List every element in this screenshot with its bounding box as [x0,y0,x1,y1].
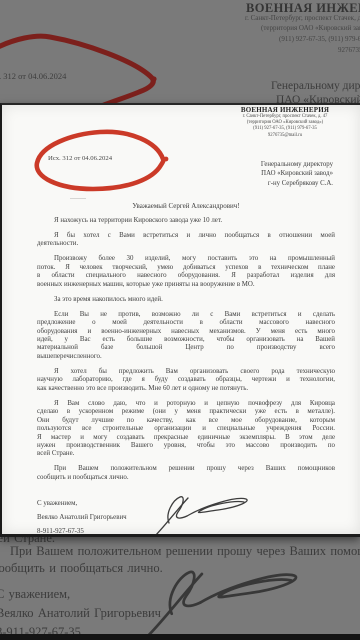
paragraph-line: сообщить и пообщаться лично. [37,474,335,482]
salutation: Уважаемый Сергей Александрович! [37,202,335,210]
paragraph: За это время накопилось много идей. [37,296,335,304]
bg-recipient-line1: Генеральному директору [271,80,360,92]
paragraph-line: вышеперечисленного. [37,353,335,361]
signoff-block: С уважением, Веялко Анатолий Григорьевич… [37,500,127,537]
recipient-line: г-ну Серебрякову С.А. [261,179,333,188]
paragraph-line: материальной базе большой Центр по произ… [37,344,335,352]
org-title: ВОЕННАЯ ИНЖЕНЕРИЯ [210,106,360,114]
bg-signoff: С уважением, [0,587,70,602]
paragraph-line: как качественно это все производить. Мне… [37,385,335,393]
paragraph-line: При Вашем положительном решении прошу че… [37,465,335,473]
paragraph: Я бы хотел с Вами встретиться и лично по… [37,232,335,249]
paragraph-line: Я бы хотел с Вами встретиться и лично по… [37,232,335,240]
bg-address-line2: (территория ОАО «Кировский завод») [261,24,360,32]
bg-phones: (911) 927-67-35, (911) 979-67-35 [279,35,360,43]
paragraph-line: Я хотел бы предложить Вам организовать с… [37,368,335,376]
paragraph-line: Если Вы не против, возможно ли с Вами вс… [37,311,335,319]
paragraph-line: Я мастер и могу создавать прекрасные еди… [37,434,335,442]
scan-smudge [70,198,86,201]
letter-photo-overlay[interactable]: ВОЕННАЯ ИНЖЕНЕРИЯ г. Санкт-Петербург, пр… [0,103,360,537]
photo-edge-strip [0,634,360,640]
paragraph: При Вашем положительном решении прошу че… [37,465,335,482]
paragraph-line: нужен производственник Вашего уровня, чт… [37,442,335,450]
recipient-line: ПАО «Кировский завод» [261,169,333,178]
paragraph-line: Они будут лучшие по качеству, как все мо… [37,417,335,425]
paragraph-line: научную лабораторию, где я буду создават… [37,376,335,384]
red-circle-annotation [34,127,174,197]
letter-body: Я нахожусь на территории Кировского заво… [37,217,335,489]
bg-red-circle-annotation [0,30,170,110]
letterhead: ВОЕННАЯ ИНЖЕНЕРИЯ г. Санкт-Петербург, пр… [210,106,360,139]
recipient-block: Генеральному директоруПАО «Кировский зав… [261,160,333,188]
paragraph: Я Вам слово даю, что и роторную и цепную… [37,400,335,459]
paragraph-line: идей, у Вас есть большие возможности, чт… [37,336,335,344]
paragraph-line: За это время накопилось много идей. [37,296,335,304]
bg-signature [136,566,306,636]
outgoing-ref: Исх. 312 от 04.06.2024 [48,155,112,162]
paragraph: Произвожу более 30 изделий, могу постави… [37,255,335,289]
paragraph: Я хотел бы предложить Вам организовать с… [37,368,335,393]
signoff: С уважением, [37,500,127,508]
paragraph-line: поток. Я человек творческий, умею добива… [37,264,335,272]
paragraph-line: оборудования и военно-инженерных навесны… [37,328,335,336]
paragraph-line: деятельности. [37,240,335,248]
paragraph-line: Произвожу более 30 изделий, могу постави… [37,255,335,263]
email: 9276735@mail.ru [210,133,360,139]
signer-name: Веялко Анатолий Григорьевич [37,514,127,522]
paragraph-line: всей Стране. [37,450,335,458]
paragraph-line: военных инженерных машин, которые уже пр… [37,281,335,289]
signature [148,493,252,537]
paragraph: Я нахожусь на территории Кировского заво… [37,217,335,225]
paragraph-line: Я Вам слово даю, что и роторную и цепную… [37,400,335,408]
bg-email: 9276735@mail.ru [338,46,360,54]
paragraph-line: Я нахожусь на территории Кировского заво… [37,217,335,225]
screenshot-stage: ВОЕННАЯ ИНЖЕНЕРИЯ г. Санкт-Петербург, пр… [0,0,360,640]
paragraph-line: предложение о моей деятельности в област… [37,319,335,327]
paragraph-line: в области специального навесного оборудо… [37,272,335,280]
bg-address-line1: г. Санкт-Петербург, проспект Стачек, д. … [245,14,360,22]
bg-outgoing-ref: Исх. 312 от 04.06.2024 [0,71,66,81]
bg-closing-line1: При Вашем положительном решении прошу че… [10,544,360,559]
paragraph-line: сделаю в ускоренном режиме (они у меня п… [37,408,335,416]
paragraph-line: пользуются все строительные организации … [37,425,335,433]
signer-phone: 8-911-927-67-35 [37,528,127,536]
recipient-line: Генеральному директору [261,160,333,169]
paragraph: Если Вы не против, возможно ли с Вами вс… [37,311,335,362]
